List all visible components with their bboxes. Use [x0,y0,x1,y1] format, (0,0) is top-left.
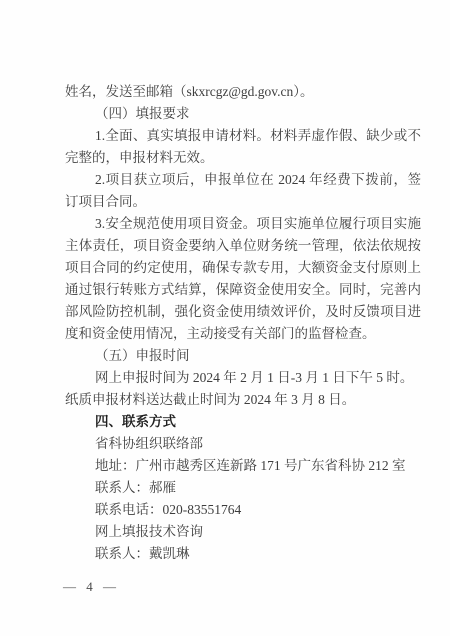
text-line-email: 姓名，发送至邮箱（skxrcgz@gd.gov.cn）。 [65,81,421,103]
text-line-paper-deadline: 纸质申报材料送达截止时间为 2024 年 3 月 8 日。 [65,389,421,411]
text-line-department: 省科协组织联络部 [65,433,421,455]
text-line-contact-person: 联系人：郝雁 [65,477,421,499]
text-line: 主体责任，项目资金要纳入单位财务统一管理，依法依规按 [65,235,421,257]
document-body: 姓名，发送至邮箱（skxrcgz@gd.gov.cn）。 （四）填报要求 1.全… [65,81,421,565]
text-line-address: 地址：广州市越秀区连新路 171 号广东省科协 212 室 [65,455,421,477]
text-line-online-deadline: 网上申报时间为 2024 年 2 月 1 日-3 月 1 日下午 5 时。 [65,367,421,389]
subsection-heading-filling-requirements: （四）填报要求 [65,103,421,125]
page-number: — 4 — [63,579,116,595]
text-line-contact-phone: 联系电话：020-83551764 [65,499,421,521]
text-line: 项目合同的约定使用，确保专款专用，大额资金支付原则上 [65,257,421,279]
text-line: 订项目合同。 [65,191,421,213]
text-line: 完整的，申报材料无效。 [65,147,421,169]
text-line-tech-support: 网上填报技术咨询 [65,521,421,543]
text-line: 度和资金使用情况，主动接受有关部门的监督检查。 [65,323,421,345]
document-page: 姓名，发送至邮箱（skxrcgz@gd.gov.cn）。 （四）填报要求 1.全… [0,0,450,636]
section-heading-contact-info: 四、联系方式 [65,411,421,433]
text-line-tech-contact-person: 联系人：戴凯琳 [65,543,421,565]
text-line: 2.项目获立项后，申报单位在 2024 年经费下拨前，签 [65,169,421,191]
text-line: 3.安全规范使用项目资金。项目实施单位履行项目实施 [65,213,421,235]
text-line: 通过银行转账方式结算，保障资金使用安全。同时，完善内 [65,279,421,301]
subsection-heading-application-time: （五）申报时间 [65,345,421,367]
text-line: 1.全面、真实填报申请材料。材料弄虚作假、缺少或不 [65,125,421,147]
text-line: 部风险防控机制，强化资金使用绩效评价，及时反馈项目进 [65,301,421,323]
